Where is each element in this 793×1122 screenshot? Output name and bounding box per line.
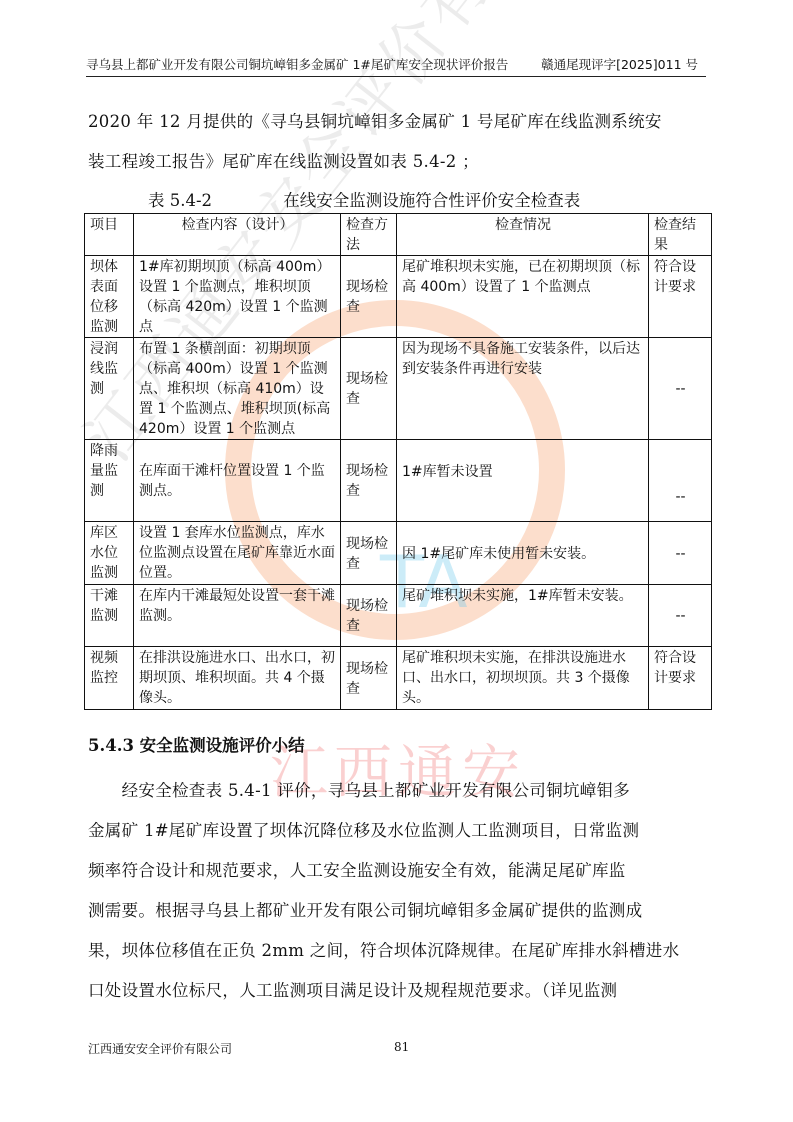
- content-cell: 设置 1 套库水位监测点，库水位监测点设置在尾矿库靠近水面位置。: [134, 522, 341, 585]
- method-cell: 现场检查: [341, 522, 397, 585]
- intro-line: 装工程竣工报告》尾矿库在线监测设置如表 5.4-2 ；: [88, 142, 708, 182]
- item-cell: 浸润线监测: [85, 338, 134, 440]
- method-cell: 现场检查: [341, 338, 397, 440]
- summary-line: 经安全检查表 5.4-1 评价，寻乌县上都矿业开发有限公司铜坑嶂钼多: [88, 771, 708, 811]
- content-cell: 在库面干滩杆位置设置 1 个监测点。: [134, 440, 341, 522]
- summary-line: 金属矿 1#尾矿库设置了坝体沉降位移及水位监测人工监测项目，日常监测: [88, 811, 708, 851]
- content-cell: 在库内干滩最短处设置一套干滩监测。: [134, 585, 341, 647]
- situation-cell: 1#库暂未设置: [397, 440, 649, 522]
- item-cell: 库区水位监测: [85, 522, 134, 585]
- summary-line: 果，坝体位移值在正负 2mm 之间，符合坝体沉降规律。在尾矿库排水斜槽进水: [88, 931, 708, 971]
- summary-line: 口处设置水位标尺，人工监测项目满足设计及规程规范要求。（详见监测: [88, 971, 708, 1011]
- result-cell: --: [649, 522, 712, 585]
- table-row: 库区水位监测 设置 1 套库水位监测点，库水位监测点设置在尾矿库靠近水面位置。 …: [85, 522, 712, 585]
- footer-company: 江西通安安全评价有限公司: [88, 1040, 232, 1057]
- header-cell: 检查情况: [397, 214, 649, 256]
- report-title: 寻乌县上都矿业开发有限公司铜坑嶂钼多金属矿 1#尾矿库安全现状评价报告: [86, 56, 508, 74]
- summary-line: 频率符合设计和规范要求，人工安全监测设施安全有效，能满足尾矿库监: [88, 851, 708, 891]
- intro-line: 2020 年 12 月提供的《寻乌县铜坑嶂钼多金属矿 1 号尾矿库在线监测系统安: [88, 102, 708, 142]
- intro-paragraph: 2020 年 12 月提供的《寻乌县铜坑嶂钼多金属矿 1 号尾矿库在线监测系统安…: [88, 102, 708, 182]
- table-row: 坝体表面位移监测 1#库初期坝顶（标高 400m）设置 1 个监测点，堆积坝顶（…: [85, 256, 712, 338]
- situation-cell: 因 1#尾矿库未使用暂未安装。: [397, 522, 649, 585]
- section-heading: 5.4.3 安全监测设施评价小结: [88, 732, 305, 756]
- situation-cell: 因为现场不具备施工安装条件，以后达到安装条件再进行安装: [397, 338, 649, 440]
- situation-cell: 尾矿堆积坝未实施，在排洪设施进水口、出水口，初坝坝顶。共 3 个摄像头。: [397, 647, 649, 710]
- summary-line: 测需要。根据寻乌县上都矿业开发有限公司铜坑嶂钼多金属矿提供的监测成: [88, 891, 708, 931]
- content-cell: 布置 1 条横剖面：初期坝顶（标高 400m）设置 1 个监测点、堆积坝（标高 …: [134, 338, 341, 440]
- table-row: 降雨量监测 在库面干滩杆位置设置 1 个监测点。 现场检查 1#库暂未设置 --: [85, 440, 712, 522]
- result-cell: 符合设计要求: [649, 256, 712, 338]
- item-cell: 干滩监测: [85, 585, 134, 647]
- content-cell: 在排洪设施进水口、出水口，初期坝顶、堆积坝面。共 4 个摄像头。: [134, 647, 341, 710]
- result-cell: 符合设计要求: [649, 647, 712, 710]
- table-row: 浸润线监测 布置 1 条横剖面：初期坝顶（标高 400m）设置 1 个监测点、堆…: [85, 338, 712, 440]
- header-cell: 项目: [85, 214, 134, 256]
- item-cell: 视频监控: [85, 647, 134, 710]
- page-header: 寻乌县上都矿业开发有限公司铜坑嶂钼多金属矿 1#尾矿库安全现状评价报告 赣通尾现…: [86, 56, 706, 77]
- item-cell: 坝体表面位移监测: [85, 256, 134, 338]
- header-cell: 检查结果: [649, 214, 712, 256]
- method-cell: 现场检查: [341, 440, 397, 522]
- result-cell: --: [649, 585, 712, 647]
- table-caption-number: 表 5.4-2: [148, 187, 278, 211]
- table-row: 干滩监测 在库内干滩最短处设置一套干滩监测。 现场检查 尾矿堆积坝未实施，1#库…: [85, 585, 712, 647]
- table-header-row: 项目 检查内容（设计） 检查方法 检查情况 检查结果: [85, 214, 712, 256]
- table-caption-title: 在线安全监测设施符合性评价安全检查表: [283, 191, 580, 210]
- content-cell: 1#库初期坝顶（标高 400m）设置 1 个监测点，堆积坝顶（标高 420m）设…: [134, 256, 341, 338]
- result-cell: --: [649, 440, 712, 522]
- header-cell: 检查方法: [341, 214, 397, 256]
- item-cell: 降雨量监测: [85, 440, 134, 522]
- situation-cell: 尾矿堆积坝未实施，已在初期坝顶（标高 400m）设置了 1 个监测点: [397, 256, 649, 338]
- situation-cell: 尾矿堆积坝未实施，1#库暂未安装。: [397, 585, 649, 647]
- result-cell: --: [649, 338, 712, 440]
- header-cell: 检查内容（设计）: [134, 214, 341, 256]
- method-cell: 现场检查: [341, 256, 397, 338]
- summary-paragraph: 经安全检查表 5.4-1 评价，寻乌县上都矿业开发有限公司铜坑嶂钼多 金属矿 1…: [88, 771, 708, 1011]
- document-number: 赣通尾现评字[2025]011 号: [541, 56, 698, 74]
- table-row: 视频监控 在排洪设施进水口、出水口，初期坝顶、堆积坝面。共 4 个摄像头。 现场…: [85, 647, 712, 710]
- method-cell: 现场检查: [341, 585, 397, 647]
- page-number: 81: [394, 1040, 409, 1054]
- table-caption: 表 5.4-2 在线安全监测设施符合性评价安全检查表: [148, 187, 580, 211]
- safety-check-table: 项目 检查内容（设计） 检查方法 检查情况 检查结果 坝体表面位移监测 1#库初…: [84, 213, 712, 710]
- method-cell: 现场检查: [341, 647, 397, 710]
